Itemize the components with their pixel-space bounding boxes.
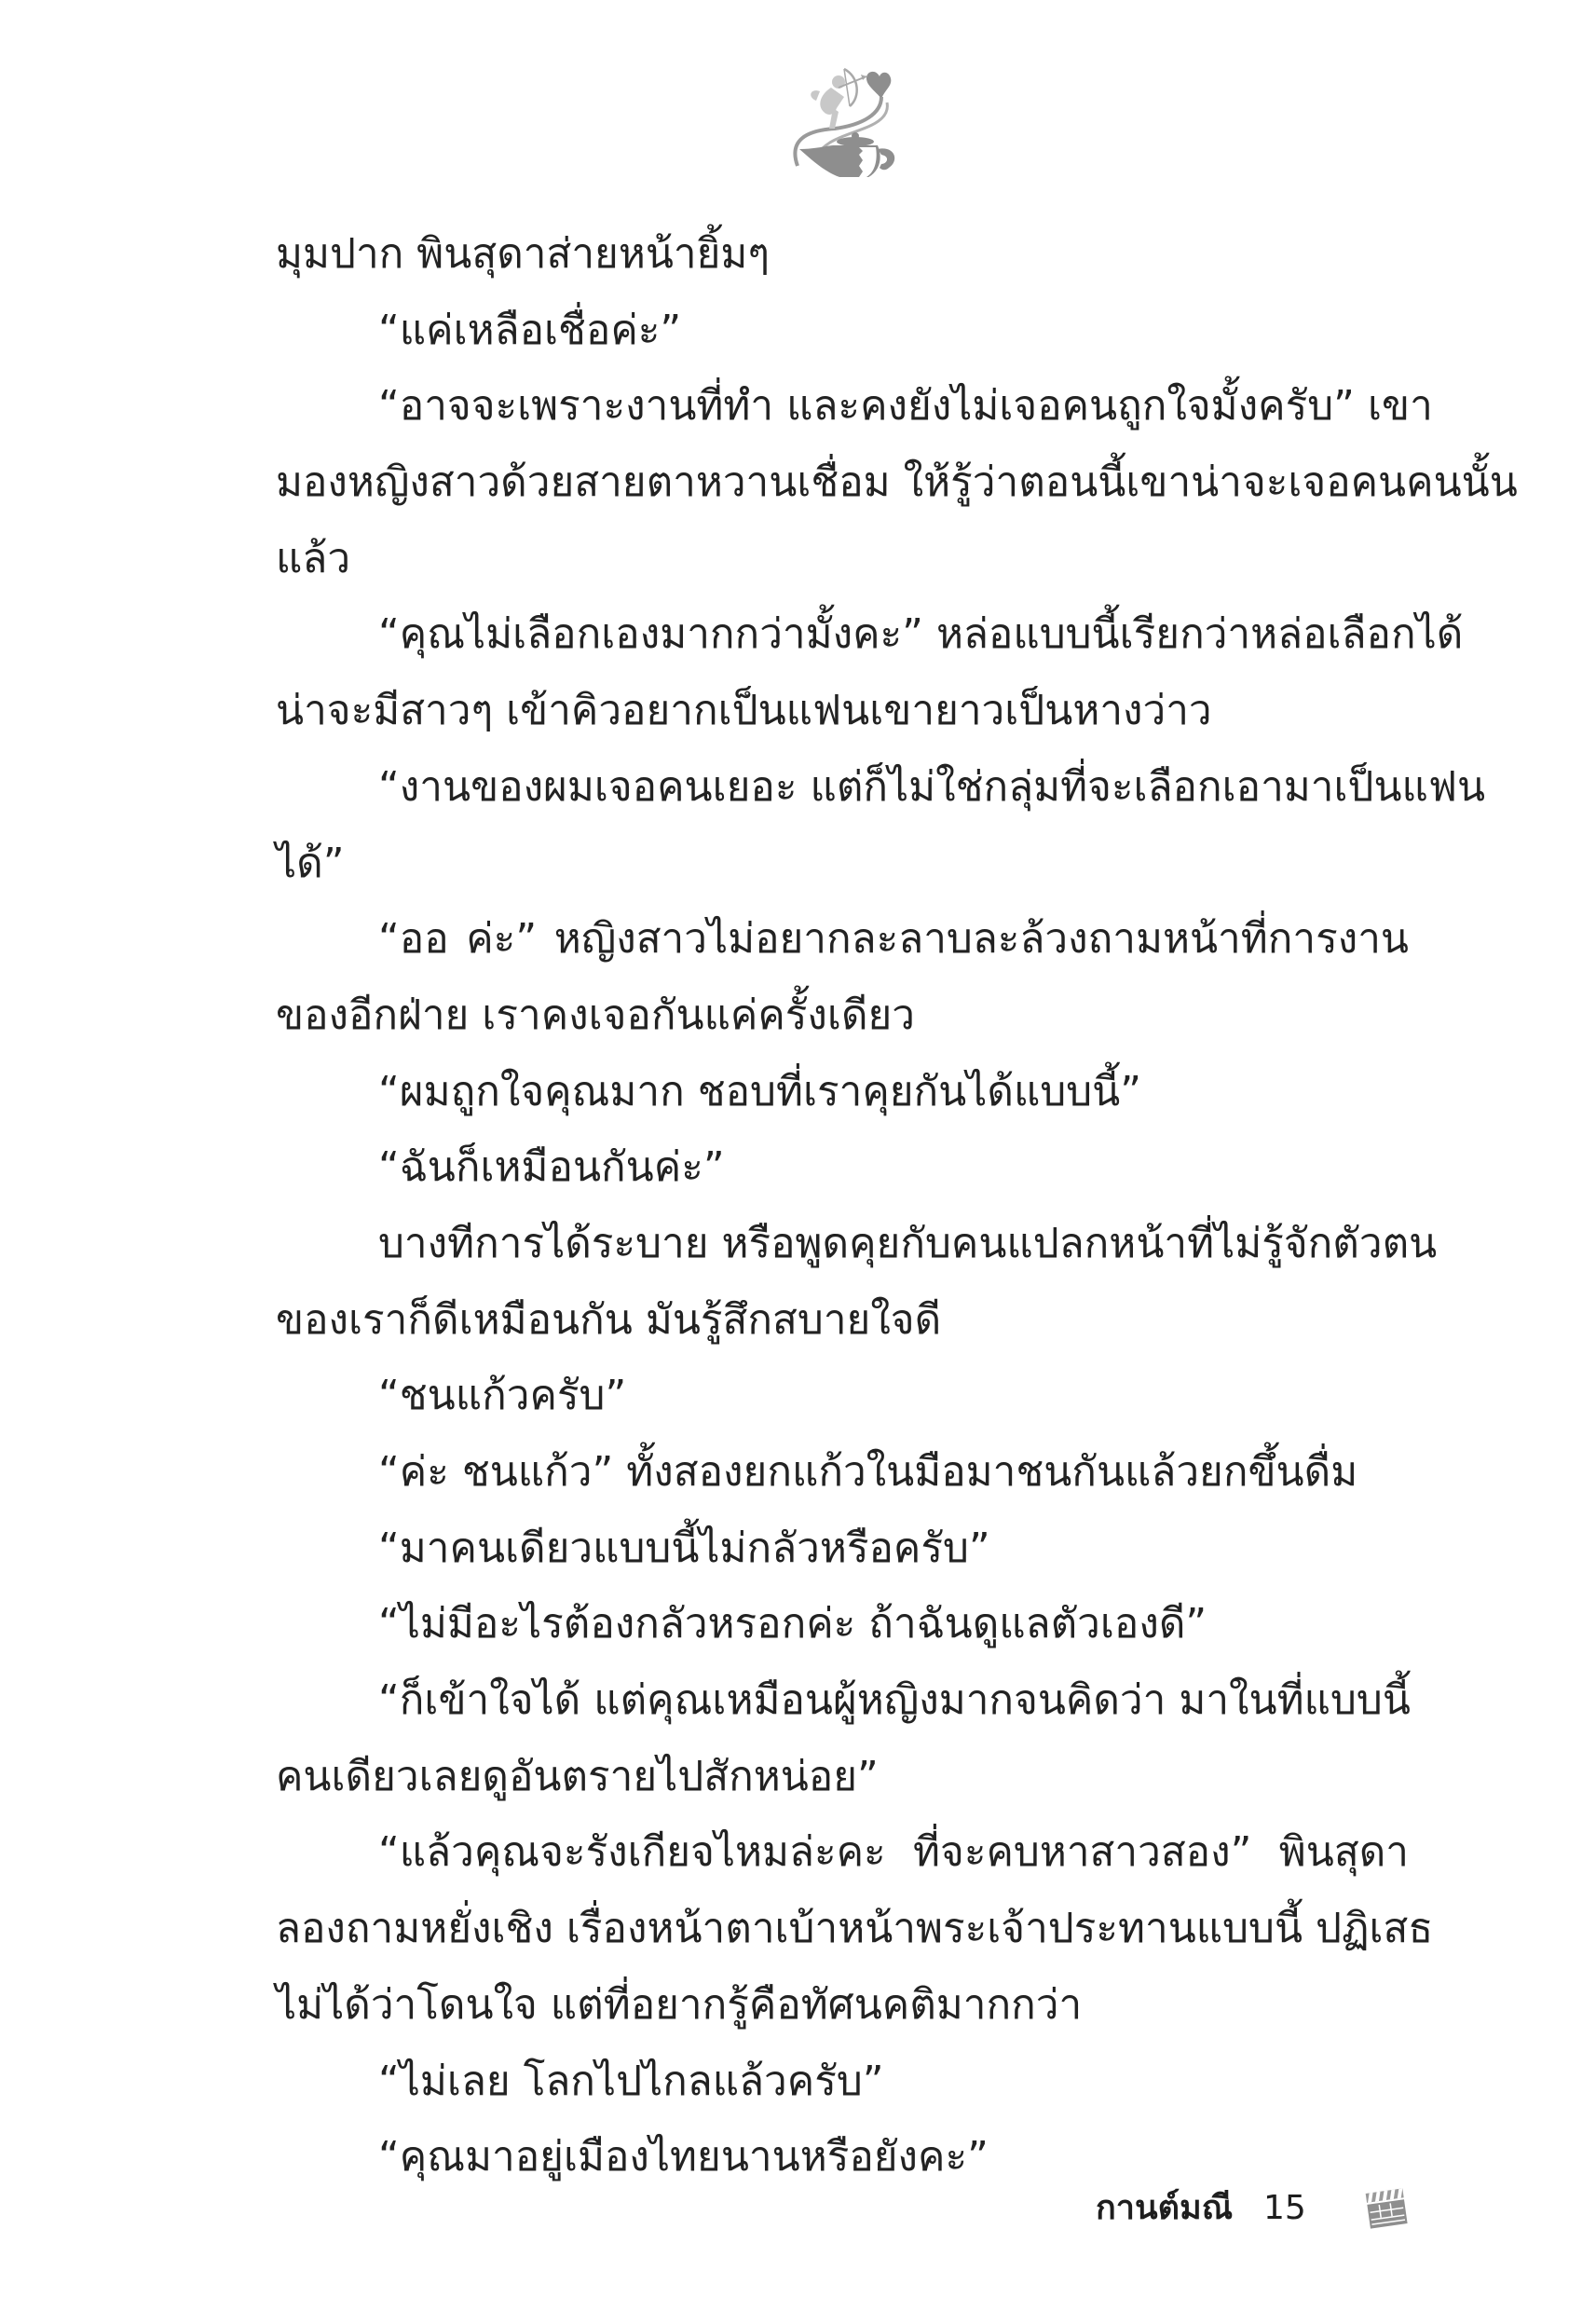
- text-line: “ออ ค่ะ” หญิงสาวไม่อยากละลาบละล้วงถามหน้…: [276, 901, 1409, 978]
- text-line: ของเราก็ดีเหมือนกัน มันรู้สึกสบายใจดี: [276, 1282, 1409, 1359]
- book-title: กานต์มณี: [1096, 2176, 1233, 2241]
- text-line: “งานของผมเจอคนเยอะ แต่ก็ไม่ใช่กลุ่มที่จะ…: [276, 749, 1409, 826]
- text-line: น่าจะมีสาวๆ เข้าคิวอยากเป็นแฟนเขายาวเป็น…: [276, 673, 1409, 749]
- text-line: “ไม่เลย โลกไปไกลแล้วครับ”: [276, 2044, 1409, 2120]
- text-line: ของอีกฝ่าย เราคงเจอกันแค่ครั้งเดียว: [276, 978, 1409, 1054]
- text-line: แล้ว: [276, 521, 1409, 597]
- text-line: ไม่ได้ว่าโดนใจ แต่ที่อยากรู้คือทัศนคติมา…: [276, 1967, 1409, 2044]
- cupid-genie-lamp-icon: [779, 56, 909, 177]
- text-line: “ฉันก็เหมือนกันค่ะ”: [276, 1129, 1409, 1206]
- text-line: บางทีการได้ระบาย หรือพูดคุยกับคนแปลกหน้า…: [276, 1206, 1409, 1282]
- text-line: “มาคนเดียวแบบนี้ไม่กลัวหรือครับ”: [276, 1511, 1409, 1587]
- text-line: “ชนแก้วครับ”: [276, 1358, 1409, 1434]
- text-line: “ผมถูกใจคุณมาก ชอบที่เราคุยกันได้แบบนี้”: [276, 1054, 1409, 1130]
- text-line: ได้”: [276, 826, 1409, 902]
- page-footer: กานต์มณี 15: [0, 2176, 1596, 2241]
- text-line: “แค่เหลือเชื่อค่ะ”: [276, 293, 1409, 369]
- text-line: มุมปาก พินสุดาส่ายหน้ายิ้มๆ: [276, 216, 1409, 293]
- text-line: “ไม่มีอะไรต้องกลัวหรอกค่ะ ถ้าฉันดูแลตัวเ…: [276, 1586, 1409, 1662]
- clapperboard-icon: [1360, 2181, 1412, 2234]
- text-line: คนเดียวเลยดูอันตรายไปสักหน่อย”: [276, 1739, 1409, 1815]
- text-line: “แล้วคุณจะรังเกียจไหมล่ะคะ ที่จะคบหาสาวส…: [276, 1814, 1409, 1891]
- page-number: 15: [1263, 2176, 1306, 2241]
- text-line: “อาจจะเพราะงานที่ทำ และคงยังไม่เจอคนถูกใ…: [276, 368, 1409, 444]
- text-line: “คุณไม่เลือกเองมากกว่ามั้งคะ” หล่อแบบนี้…: [276, 596, 1409, 673]
- text-line: มองหญิงสาวด้วยสายตาหวานเชื่อม ให้รู้ว่าต…: [276, 444, 1409, 521]
- text-line: ลองถามหยั่งเชิง เรื่องหน้าตาเบ้าหน้าพระเ…: [276, 1891, 1409, 1967]
- text-line: “ก็เข้าใจได้ แต่คุณเหมือนผู้หญิงมากจนคิด…: [276, 1662, 1409, 1739]
- page-body-text: มุมปาก พินสุดาส่ายหน้ายิ้มๆ “แค่เหลือเชื…: [276, 216, 1409, 2195]
- text-line: “ค่ะ ชนแก้ว” ทั้งสองยกแก้วในมือมาชนกันแล…: [276, 1434, 1409, 1511]
